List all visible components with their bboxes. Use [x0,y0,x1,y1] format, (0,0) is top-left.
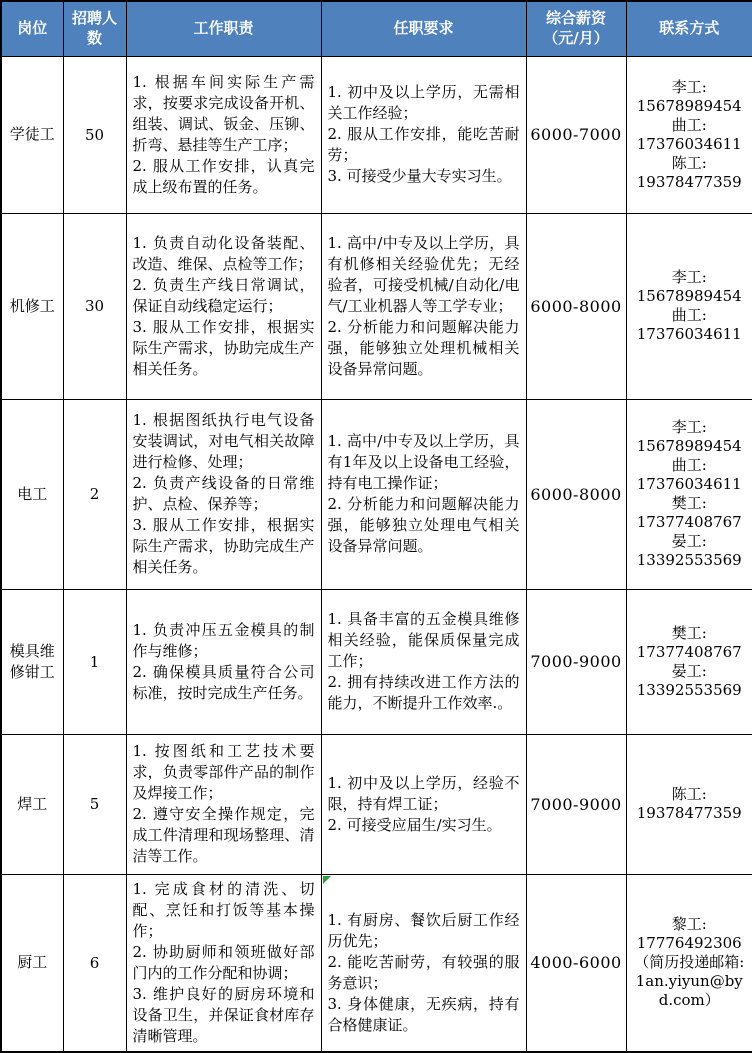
column-header-salary: 综合薪资（元/月） [526,1,626,56]
cell-position: 电工 [1,399,63,589]
cell-position: 厨工 [1,874,63,1052]
cell-position: 模具维修钳工 [1,589,63,734]
job-recruitment-table: 岗位 招聘人数 工作职责 任职要求 综合薪资（元/月） 联系方式 学徒工 50 … [0,0,752,1053]
cell-position: 焊工 [1,734,63,874]
table-row-kitchen-worker: 厨工 6 1. 完成食材的清洗、切配、烹饪和打饭等基本操作； 2. 协助厨师和领… [1,874,752,1052]
cell-headcount: 1 [63,589,126,734]
cell-contact: 李工: 15678989454 曲工: 17376034611 陈工: 1937… [626,56,752,213]
table-row-welder: 焊工 5 1. 按图纸和工艺技术要求，负责零部件产品的制作及焊接工作； 2. 遵… [1,734,752,874]
cell-contact: 李工: 15678989454 曲工: 17376034611 [626,213,752,399]
cell-error-indicator-icon [323,876,331,884]
column-header-headcount: 招聘人数 [63,1,126,56]
cell-duties: 1. 负责冲压五金模具的制作与维修； 2. 确保模具质量符合公司标准，按时完成生… [126,589,321,734]
table-row-mechanic: 机修工 30 1. 负责自动化设备装配、改造、维保、点检等工作； 2. 负责生产… [1,213,752,399]
table-row-apprentice: 学徒工 50 1. 根据车间实际生产需求，按要求完成设备开机、组装、调试、钣金、… [1,56,752,213]
table-row-mold-fitter: 模具维修钳工 1 1. 负责冲压五金模具的制作与维修； 2. 确保模具质量符合公… [1,589,752,734]
cell-salary: 6000-8000 [526,399,626,589]
column-header-duties: 工作职责 [126,1,321,56]
cell-salary: 7000-9000 [526,734,626,874]
cell-duties: 1. 根据车间实际生产需求，按要求完成设备开机、组装、调试、钣金、压铆、折弯、悬… [126,56,321,213]
cell-salary: 6000-8000 [526,213,626,399]
cell-headcount: 6 [63,874,126,1052]
header-row: 岗位 招聘人数 工作职责 任职要求 综合薪资（元/月） 联系方式 [1,1,752,56]
cell-contact: 樊工: 17377408767 晏工: 13392553569 [626,589,752,734]
cell-requirements: 1. 高中/中专及以上学历，具有机修相关经验优先；无经验者，可接受机械/自动化/… [321,213,526,399]
cell-requirements: 1. 初中及以上学历，无需相关工作经验； 2. 服从工作安排，能吃苦耐劳； 3.… [321,56,526,213]
cell-duties: 1. 完成食材的清洗、切配、烹饪和打饭等基本操作； 2. 协助厨师和领班做好部门… [126,874,321,1052]
cell-contact: 李工: 15678989454 曲工: 17376034611 樊工: 1737… [626,399,752,589]
cell-duties: 1. 按图纸和工艺技术要求，负责零部件产品的制作及焊接工作； 2. 遵守安全操作… [126,734,321,874]
cell-headcount: 30 [63,213,126,399]
cell-requirements: 1. 具备丰富的五金模具维修相关经验，能保质保量完成工作； 2. 拥有持续改进工… [321,589,526,734]
cell-duties: 1. 负责自动化设备装配、改造、维保、点检等工作； 2. 负责生产线日常调试，保… [126,213,321,399]
cell-salary: 4000-6000 [526,874,626,1052]
cell-position: 机修工 [1,213,63,399]
column-header-position: 岗位 [1,1,63,56]
column-header-requirements: 任职要求 [321,1,526,56]
cell-salary: 7000-9000 [526,589,626,734]
cell-duties: 1. 根据图纸执行电气设备安装调试，对电气相关故障进行检修、处理； 2. 负责产… [126,399,321,589]
cell-contact: 陈工: 19378477359 [626,734,752,874]
cell-headcount: 50 [63,56,126,213]
cell-contact: 黎工: 17776492306 （简历投递邮箱: 1an.yiyun@byd.c… [626,874,752,1052]
cell-salary: 6000-7000 [526,56,626,213]
table-header: 岗位 招聘人数 工作职责 任职要求 综合薪资（元/月） 联系方式 [1,1,752,56]
column-header-contact: 联系方式 [626,1,752,56]
cell-requirements: 1. 初中及以上学历，经验不限，持有焊工证； 2. 可接受应届生/实习生。 [321,734,526,874]
cell-requirements: 1. 有厨房、餐饮后厨工作经历优先； 2. 能吃苦耐劳，有较强的服务意识； 3.… [321,874,526,1052]
cell-headcount: 5 [63,734,126,874]
table-row-electrician: 电工 2 1. 根据图纸执行电气设备安装调试，对电气相关故障进行检修、处理； 2… [1,399,752,589]
cell-requirements: 1. 高中/中专及以上学历，具有1年及以上设备电工经验，持有电工操作证； 2. … [321,399,526,589]
cell-position: 学徒工 [1,56,63,213]
cell-headcount: 2 [63,399,126,589]
requirements-text: 1. 有厨房、餐饮后厨工作经历优先； 2. 能吃苦耐劳，有较强的服务意识； 3.… [328,911,520,1034]
table-body: 学徒工 50 1. 根据车间实际生产需求，按要求完成设备开机、组装、调试、钣金、… [1,56,752,1052]
